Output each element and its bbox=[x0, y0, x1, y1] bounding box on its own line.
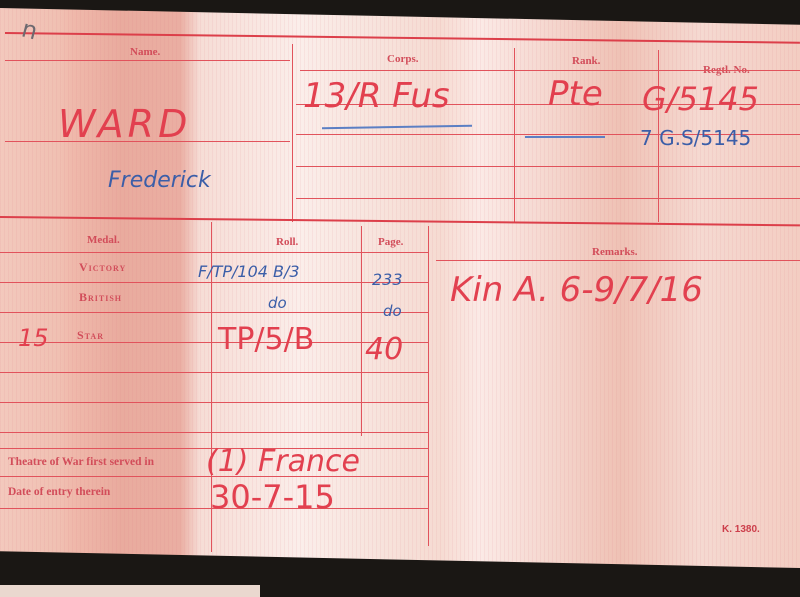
date-value: 30-7-15 bbox=[210, 478, 335, 516]
medal-rule-7 bbox=[0, 432, 428, 433]
star-page: 40 bbox=[365, 332, 403, 367]
medal-star: Star bbox=[77, 328, 104, 343]
rank-ditto-dash bbox=[525, 136, 605, 138]
medal-rule-5 bbox=[0, 372, 428, 373]
surname: WARD bbox=[58, 102, 191, 146]
remarks-rule bbox=[436, 260, 800, 261]
roll-page-divider bbox=[361, 226, 362, 436]
name-header: Name. bbox=[130, 46, 160, 58]
star-prefix: 15 bbox=[18, 324, 49, 352]
theatre-value: (1) France bbox=[206, 444, 360, 479]
victory-roll: F/TP/104 B/3 bbox=[198, 262, 300, 281]
page-remarks-divider bbox=[428, 226, 429, 546]
medal-rule-4 bbox=[0, 342, 428, 343]
medal-rule-2 bbox=[0, 282, 428, 283]
name-corps-divider bbox=[292, 44, 293, 222]
regtl-no-entry-1: G/5145 bbox=[642, 80, 759, 118]
top-row-rule-5 bbox=[296, 198, 800, 199]
remarks-entry: Kin A. 6-9/7/16 bbox=[450, 270, 703, 310]
top-row-rule-4 bbox=[296, 166, 800, 167]
theatre-label: Theatre of War first served in bbox=[8, 456, 154, 468]
corps-entry-1: 13/R Fus bbox=[303, 76, 450, 116]
medal-british: British bbox=[79, 290, 122, 305]
medal-section-top-rule bbox=[0, 216, 800, 226]
rank-entry-1: Pte bbox=[548, 74, 603, 114]
corps-rank-divider bbox=[514, 48, 515, 222]
page-header: Page. bbox=[378, 236, 403, 248]
next-card-edge bbox=[0, 585, 260, 597]
medal-header: Medal. bbox=[87, 234, 120, 246]
corps-ditto-dash bbox=[322, 125, 472, 129]
victory-page: 233 bbox=[372, 270, 403, 289]
form-code: K. 1380. bbox=[722, 524, 760, 535]
british-roll: do bbox=[268, 294, 287, 312]
medal-rule-3 bbox=[0, 312, 428, 313]
medal-victory: Victory bbox=[79, 260, 126, 275]
top-rule bbox=[5, 32, 800, 44]
top-row-rule-1 bbox=[300, 70, 800, 71]
name-rule-1 bbox=[5, 60, 290, 61]
regtl-no-entry-2: 7 G.S/5145 bbox=[640, 126, 751, 150]
star-roll: TP/5/B bbox=[218, 322, 314, 357]
roll-header: Roll. bbox=[276, 236, 298, 248]
medal-rule-1 bbox=[0, 252, 428, 253]
medal-index-card: n Name. WARD Frederick Corps. Rank. Regt… bbox=[0, 8, 800, 568]
date-label: Date of entry therein bbox=[8, 486, 110, 498]
corps-header: Corps. bbox=[387, 53, 418, 65]
rank-header: Rank. bbox=[572, 55, 600, 67]
forename: Frederick bbox=[108, 168, 211, 193]
pencil-annotation: n bbox=[19, 15, 41, 46]
british-page: do bbox=[383, 302, 402, 320]
remarks-header: Remarks. bbox=[592, 246, 638, 258]
medal-rule-6 bbox=[0, 402, 428, 403]
